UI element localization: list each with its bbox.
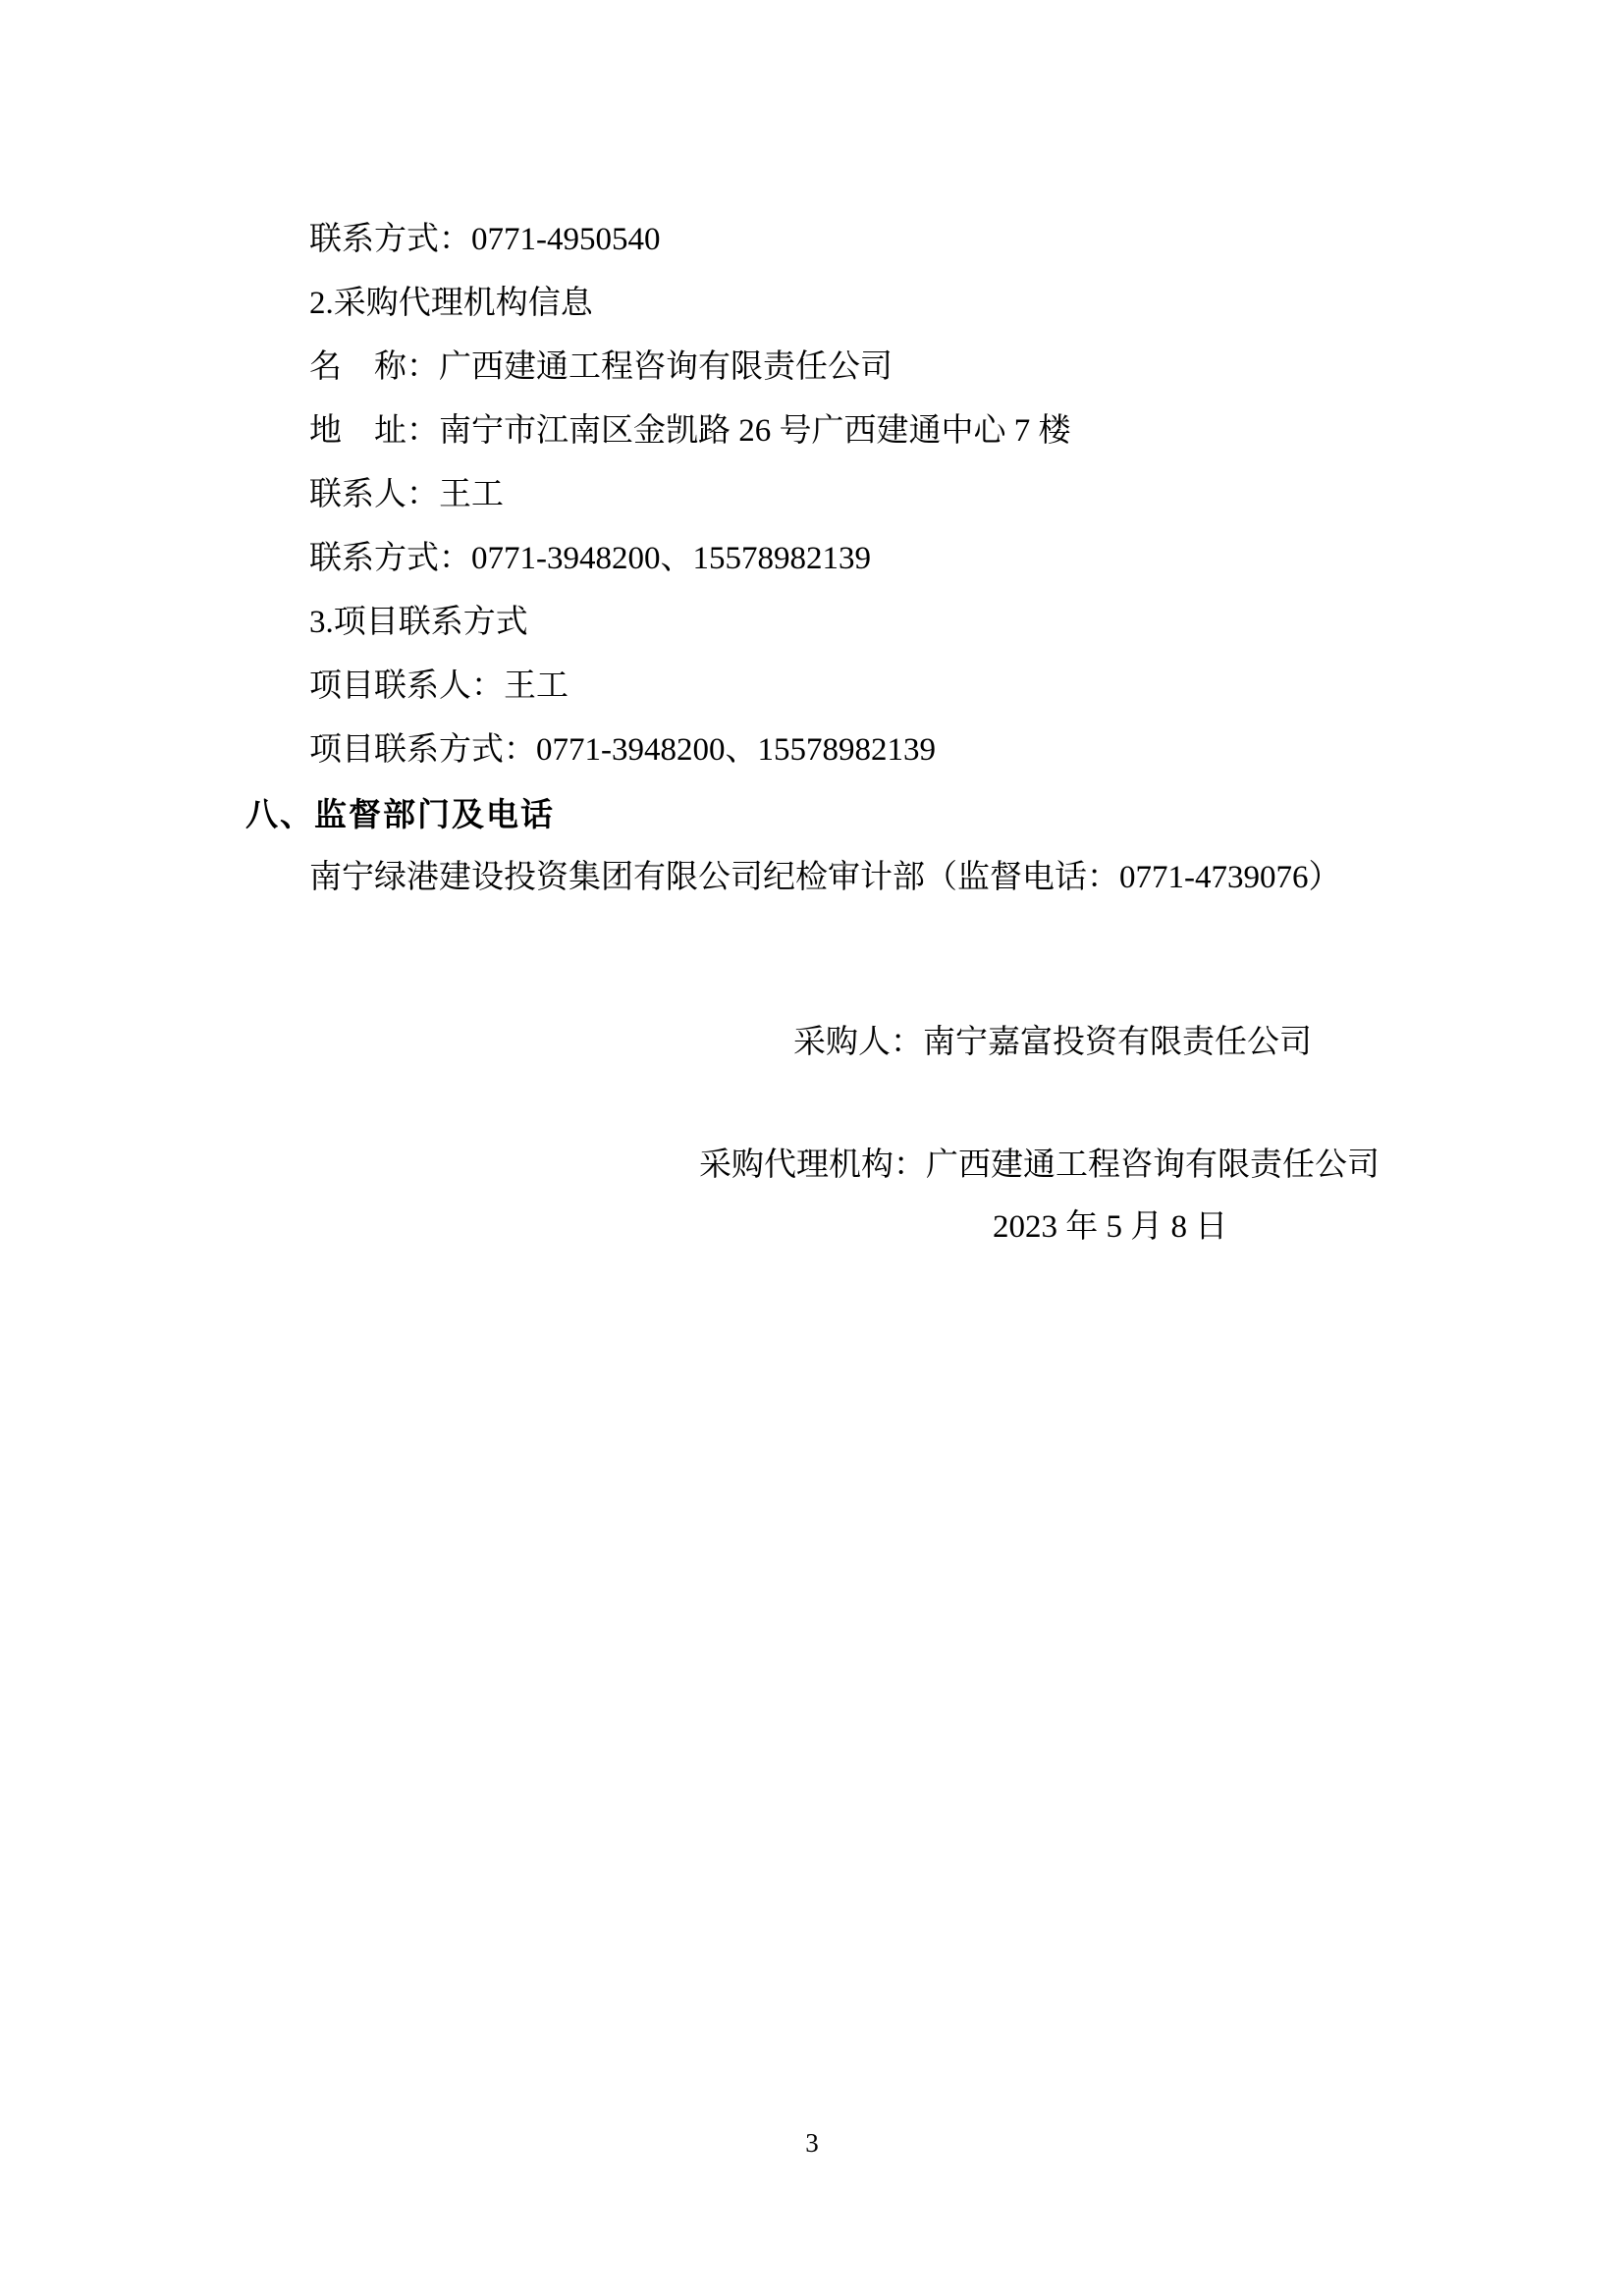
line-project-contact-phone: 项目联系方式：0771-3948200、15578982139 [0, 719, 1624, 782]
line-agency-contact-phone: 联系方式：0771-3948200、15578982139 [0, 527, 1624, 591]
line-section-2-title: 2.采购代理机构信息 [0, 272, 1624, 336]
line-project-contact-person: 项目联系人：王工 [0, 655, 1624, 719]
document-page: 联系方式：0771-4950540 2.采购代理机构信息 名 称：广西建通工程咨… [0, 0, 1624, 2296]
document-content: 联系方式：0771-4950540 2.采购代理机构信息 名 称：广西建通工程咨… [0, 208, 1624, 910]
signature-date: 2023 年 5 月 8 日 [993, 1209, 1227, 1245]
line-agency-name: 名 称：广西建通工程咨询有限责任公司 [0, 336, 1624, 400]
signature-agency: 采购代理机构：广西建通工程咨询有限责任公司 [699, 1148, 1380, 1183]
line-purchaser-contact-phone: 联系方式：0771-4950540 [0, 208, 1624, 272]
line-agency-contact-person: 联系人：王工 [0, 463, 1624, 527]
line-agency-address: 地 址：南宁市江南区金凯路 26 号广西建通中心 7 楼 [0, 400, 1624, 463]
line-section-3-title: 3.项目联系方式 [0, 591, 1624, 655]
line-supervision-info: 南宁绿港建设投资集团有限公司纪检审计部（监督电话：0771-4739076） [0, 846, 1624, 910]
signature-purchaser: 采购人：南宁嘉富投资有限责任公司 [793, 1025, 1312, 1060]
heading-supervision-department: 八、监督部门及电话 [0, 782, 1624, 846]
page-number: 3 [0, 2128, 1624, 2159]
